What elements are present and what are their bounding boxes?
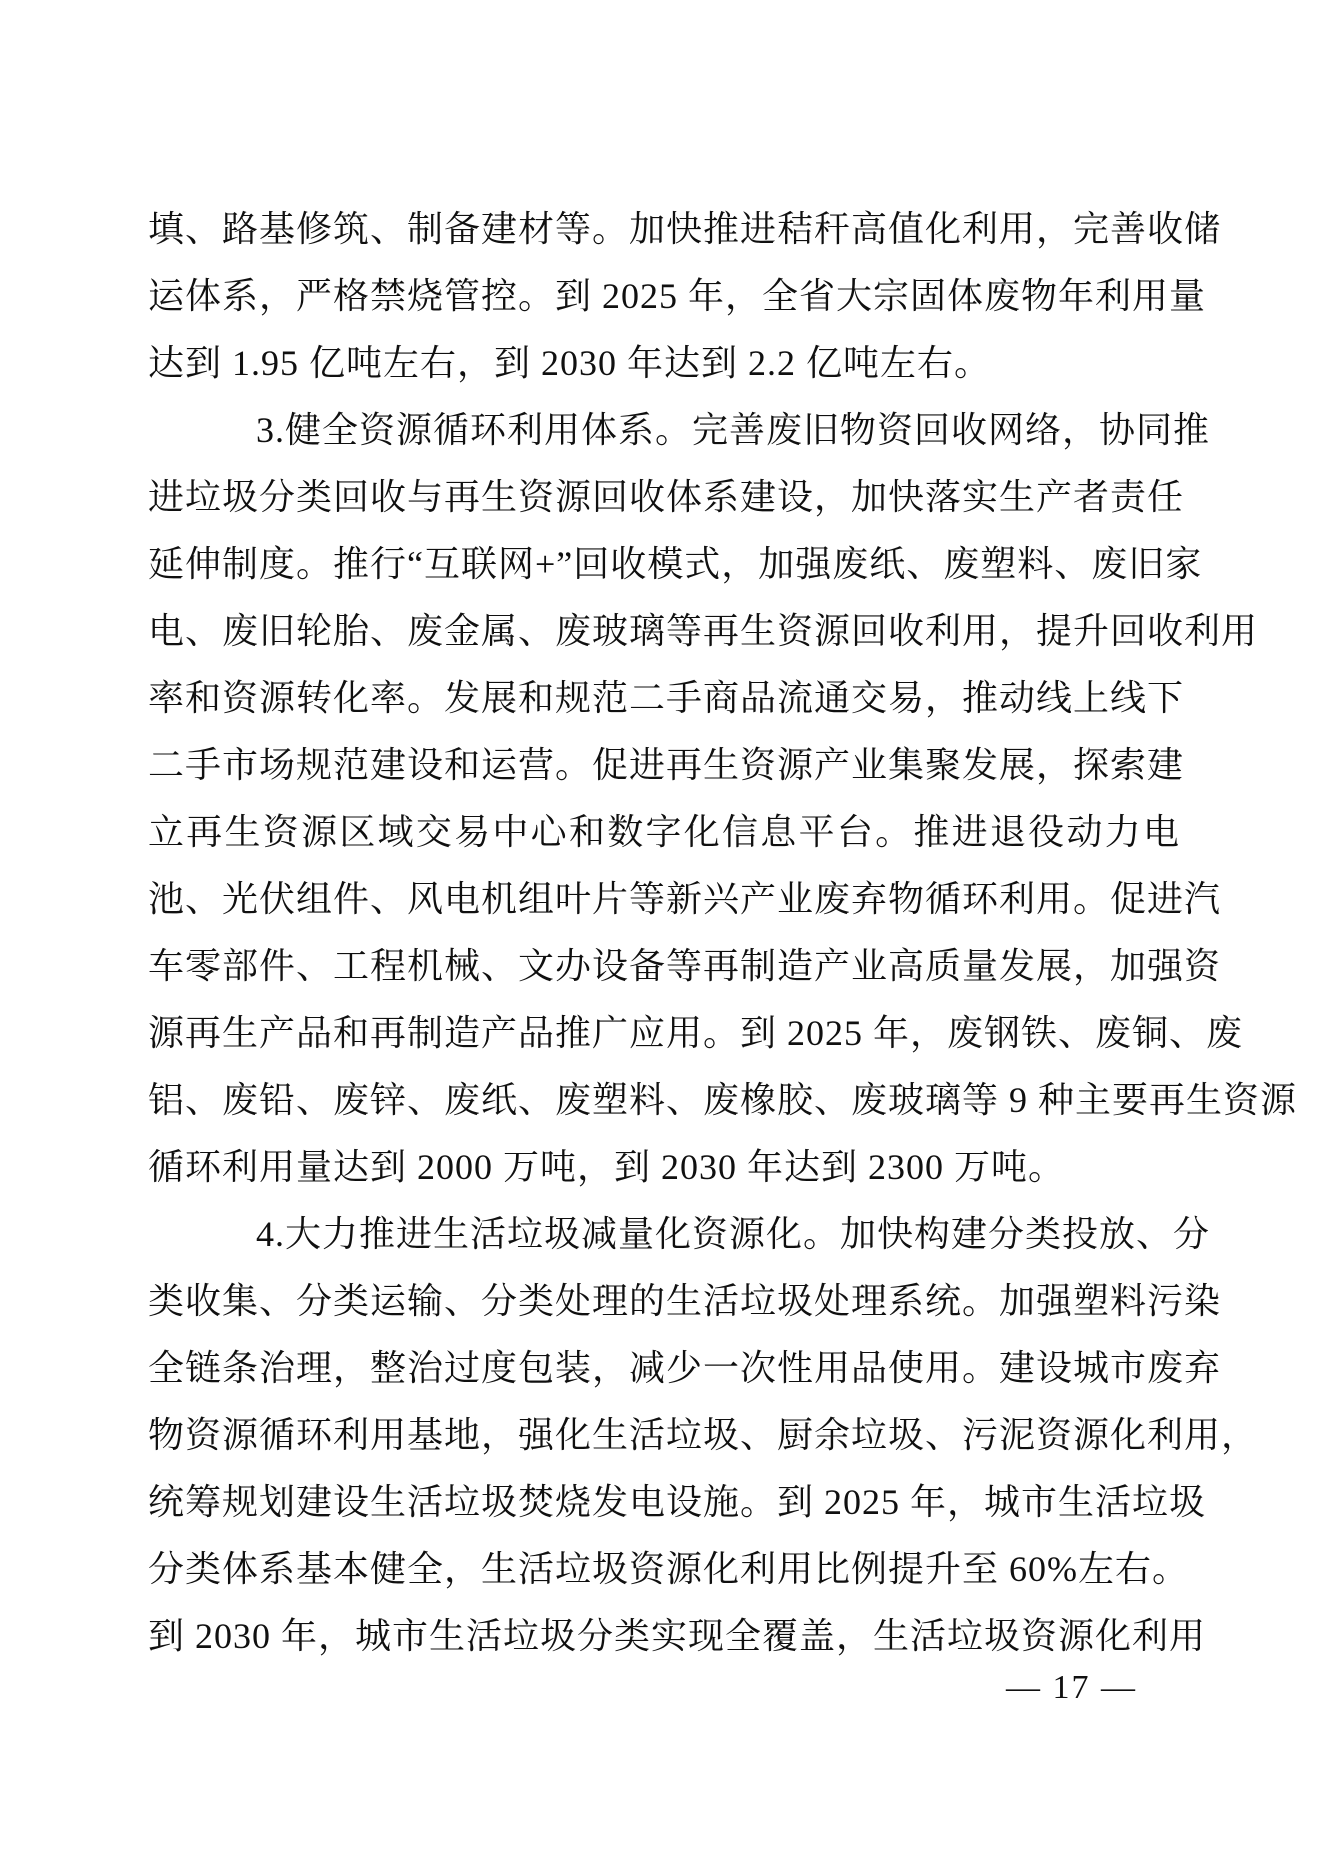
text-line: 分类体系基本健全，生活垃圾资源化利用比例提升至 60%左右。 xyxy=(148,1536,1180,1603)
text-line: 进垃圾分类回收与再生资源回收体系建设，加快落实生产者责任 xyxy=(148,464,1180,531)
text-line: 统筹规划建设生活垃圾焚烧发电设施。到 2025 年，城市生活垃圾 xyxy=(148,1469,1180,1536)
page-number: — 17 — xyxy=(1006,1668,1137,1708)
text-line: 延伸制度。推行“互联网+”回收模式，加强废纸、废塑料、废旧家 xyxy=(148,531,1180,598)
text-line: 池、光伏组件、风电机组叶片等新兴产业废弃物循环利用。促进汽 xyxy=(148,866,1180,933)
text-line: 物资源循环利用基地，强化生活垃圾、厨余垃圾、污泥资源化利用， xyxy=(148,1402,1180,1469)
text-line: 源再生产品和再制造产品推广应用。到 2025 年，废钢铁、废铜、废 xyxy=(148,1000,1180,1067)
text-line: 3.健全资源循环利用体系。完善废旧物资回收网络，协同推 xyxy=(148,397,1180,464)
text-line: 4.大力推进生活垃圾减量化资源化。加快构建分类投放、分 xyxy=(148,1201,1180,1268)
text-line: 率和资源转化率。发展和规范二手商品流通交易，推动线上线下 xyxy=(148,665,1180,732)
text-line: 到 2030 年，城市生活垃圾分类实现全覆盖，生活垃圾资源化利用 xyxy=(148,1603,1180,1670)
text-line: 达到 1.95 亿吨左右，到 2030 年达到 2.2 亿吨左右。 xyxy=(148,330,1180,397)
text-line: 运体系，严格禁烧管控。到 2025 年，全省大宗固体废物年利用量 xyxy=(148,263,1180,330)
text-line: 车零部件、工程机械、文办设备等再制造产业高质量发展，加强资 xyxy=(148,933,1180,1000)
text-line: 二手市场规范建设和运营。促进再生资源产业集聚发展，探索建 xyxy=(148,732,1180,799)
text-line: 循环利用量达到 2000 万吨，到 2030 年达到 2300 万吨。 xyxy=(148,1134,1180,1201)
text-line: 立再生资源区域交易中心和数字化信息平台。推进退役动力电 xyxy=(148,799,1180,866)
text-line: 类收集、分类运输、分类处理的生活垃圾处理系统。加强塑料污染 xyxy=(148,1268,1180,1335)
document-page: 填、路基修筑、制备建材等。加快推进秸秆高值化利用，完善收储运体系，严格禁烧管控。… xyxy=(0,0,1323,1871)
text-line: 铝、废铅、废锌、废纸、废塑料、废橡胶、废玻璃等 9 种主要再生资源 xyxy=(148,1067,1180,1134)
text-line: 填、路基修筑、制备建材等。加快推进秸秆高值化利用，完善收储 xyxy=(148,196,1180,263)
text-line: 全链条治理，整治过度包装，减少一次性用品使用。建设城市废弃 xyxy=(148,1335,1180,1402)
text-line: 电、废旧轮胎、废金属、废玻璃等再生资源回收利用，提升回收利用 xyxy=(148,598,1180,665)
document-body: 填、路基修筑、制备建材等。加快推进秸秆高值化利用，完善收储运体系，严格禁烧管控。… xyxy=(148,196,1180,1670)
